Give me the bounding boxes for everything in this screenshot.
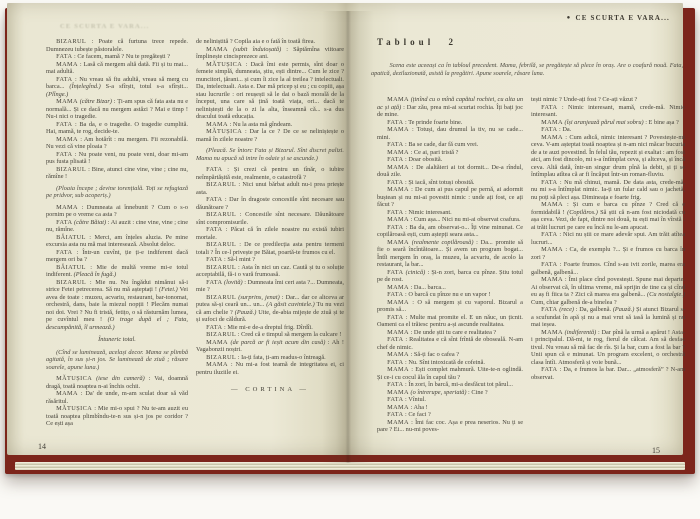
running-header-text: CE SCURTA E VARA... bbox=[575, 14, 670, 22]
dialogue-line: FATA : Da, e frumos la bar. Dar... „atmo… bbox=[531, 366, 685, 381]
speaker-name: BIZARUL bbox=[206, 241, 236, 248]
speaker-name: MĂTUȘICA bbox=[206, 61, 242, 68]
dialogue-line: FATA : Vîntul. bbox=[377, 396, 523, 404]
speaker-name: FATA bbox=[206, 279, 222, 286]
speaker-name: MAMA bbox=[387, 164, 409, 171]
stage-note: (rece) bbox=[557, 306, 574, 313]
stage-note: (către Bizar) bbox=[78, 98, 112, 105]
dialogue-line: MAMA : Am hotărît : nu mergem. Fii rezon… bbox=[46, 136, 188, 151]
dialogue-line: MAMA : Și cum e barca cu pînze ? Cred că… bbox=[531, 201, 685, 231]
dialogue-line: MAMA (își aranjează părul mai sobru) : E… bbox=[531, 119, 685, 127]
dialogue-line: MAMA : Da... barca... bbox=[377, 284, 523, 292]
right-page-column-1: MAMA (ținînd cu o mînă capătul rochiei, … bbox=[377, 96, 523, 458]
inline-stage-note: (A găsit cuvintele.) bbox=[266, 301, 314, 308]
dialogue-line: FATA : O barcă cu pînze nu e un vapor ! bbox=[377, 291, 523, 299]
dialogue-line: MAMA : Cum așa... Nici nu mi-ai observat… bbox=[377, 216, 523, 224]
left-page-column-2: de neliniștită ? Copila aia e o fată în … bbox=[196, 38, 344, 446]
speaker-name: MAMA bbox=[387, 216, 409, 223]
dialogue-line: FATA : Nici nu știi ce mare adevăr spui.… bbox=[531, 231, 685, 246]
dialogue-line: BIZARUL : Ia-ți fata, ți-am readus-o înt… bbox=[196, 354, 344, 362]
running-header: ●CE SCURTA E VARA... bbox=[470, 14, 670, 22]
speaker-name: FATA bbox=[387, 156, 403, 163]
speaker-name: FATA bbox=[541, 231, 557, 238]
inline-stage-note: (Pleacă în fugă.) bbox=[74, 271, 117, 278]
speaker-name: FATA bbox=[541, 306, 557, 313]
dialogue-line: MAMA : Cum adică, nimic interesant ? Pov… bbox=[531, 134, 685, 179]
stage-note: (își aranjează părul mai sobru) bbox=[563, 119, 644, 126]
speaker-name: MAMA bbox=[541, 134, 563, 141]
speaker-name: BIZARUL bbox=[206, 264, 236, 271]
speaker-name: MAMA bbox=[206, 121, 228, 128]
speaker-name: FATA bbox=[387, 359, 403, 366]
page-number-left: 14 bbox=[38, 442, 46, 451]
dialogue-line: MĂTUȘICA (iese din cameră) : Vai, doamnă… bbox=[46, 375, 188, 390]
speaker-name: FATA bbox=[56, 53, 72, 60]
page-content: CE SCURTA E VARA... ●CE SCURTA E VARA...… bbox=[0, 0, 700, 519]
dialogue-line: FATA : Nu. Sînt intoxicată de cofeină. bbox=[377, 359, 523, 367]
dialogue-line: FATA (cinică) : Și-n zori, barca cu pînz… bbox=[377, 269, 523, 284]
dialogue-line: MAMA : De unde știi tu care e realitatea… bbox=[377, 329, 523, 337]
right-page-column-2: tești nimic ? Unde-ați fost ? Ce-ați văz… bbox=[531, 96, 685, 458]
dialogue-line: MAMA : Ești complet mahmură. Uite-te-n o… bbox=[377, 366, 523, 381]
stage-note: (subit înduioșată) bbox=[228, 46, 281, 53]
speaker-name: FATA bbox=[56, 121, 72, 128]
stage-note: (iese din cameră) bbox=[92, 375, 145, 382]
speaker-name: MAMA bbox=[541, 119, 563, 126]
dialogue-line: BIZARUL : Concesiile sînt necesare. Dăun… bbox=[196, 211, 344, 226]
dialogue-line: MAMA : De cum ai pus capul pe pernă, ai … bbox=[377, 186, 523, 209]
dialogue-line: FATA : Nimic interesant. bbox=[377, 209, 523, 217]
speaker-name: MAMA bbox=[541, 276, 563, 283]
dialogue-line: MAMA : O să mergem și cu vaporul. Bizaru… bbox=[377, 299, 523, 314]
bullet-icon: ● bbox=[567, 15, 572, 21]
dialogue-line: FATA (lovită) : Dumneata îmi ceri asta ?… bbox=[196, 279, 344, 294]
speaker-name: FATA bbox=[206, 196, 222, 203]
dialogue-line: FATA : Nu mă chinui, mamă. De data asta,… bbox=[531, 179, 685, 202]
dialogue-line: MAMA : Aha ! bbox=[377, 404, 523, 412]
dialogue-line: MAMA : Ce ai, pari tristă ? bbox=[377, 149, 523, 157]
dialogue-line: FATA : Multe mai promite el. E un năuc, … bbox=[377, 314, 523, 329]
section-title: Tabloul 2 bbox=[377, 37, 457, 47]
stage-note: (de parcă ar fi ieșit acum din casă) bbox=[228, 339, 325, 346]
dialogue-line: FATA : Realitatea e că sînt frîntă de ob… bbox=[377, 336, 523, 351]
speaker-name: BIZARUL bbox=[56, 279, 86, 286]
dialogue-line: FATA : Păcat că în zilele noastre nu exi… bbox=[196, 226, 344, 241]
speaker-name: FATA bbox=[387, 269, 403, 276]
inline-stage-note: (Cînd se luminează, același decor. Mama … bbox=[46, 349, 188, 371]
inline-stage-note: (Pauză.) bbox=[613, 306, 635, 313]
dialogue-line: MAMA : Nu mi-a fost teamă de integritate… bbox=[196, 361, 344, 376]
dialogue-line: BĂIATUL : Mie de multă vreme mi-e totul … bbox=[46, 264, 188, 279]
speaker-name: FATA bbox=[541, 179, 557, 186]
dialogue-line: FATA : Mie mi-e de-a dreptul frig. Dîrdî… bbox=[196, 324, 344, 332]
inline-stage-note: (Plînge.) bbox=[46, 91, 68, 98]
curtain-line: — CORTINA — bbox=[196, 386, 344, 394]
book-photo: CE SCURTA E VARA... ●CE SCURTA E VARA...… bbox=[0, 0, 700, 519]
speaker-name: MAMA bbox=[387, 404, 409, 411]
speaker-name: FATA bbox=[206, 256, 222, 263]
centered-line: Întuneric total. bbox=[46, 336, 188, 344]
speaker-name: MAMA bbox=[387, 284, 409, 291]
inline-stage-note: (O trage după el ; Fata, descumpănită, î… bbox=[46, 316, 188, 331]
speaker-name: BĂIATUL bbox=[56, 234, 86, 241]
dialogue-line: FATA : Să-l mint ? bbox=[196, 256, 344, 264]
speaker-name: BIZARUL bbox=[56, 166, 86, 173]
speaker-name: MAMA bbox=[387, 96, 409, 103]
dialogue-line: FATA : Nu vreau să fiu adultă, vreau să … bbox=[46, 76, 188, 99]
stage-direction: (Cînd se luminează, același decor. Mama … bbox=[46, 349, 188, 372]
speaker-name: MAMA bbox=[387, 186, 409, 193]
dialogue-line: MAMA : Îmi fac coc. Așa e prea neserios.… bbox=[377, 419, 523, 434]
speaker-name: MĂTUȘICA bbox=[206, 128, 242, 135]
left-page-ghost-header: CE SCURTA E VARA... bbox=[60, 23, 220, 30]
dialogue-line: BĂIATUL : Merci, am înțeles aluzia. Pe m… bbox=[46, 234, 188, 249]
dialogue-line: MĂTUȘICA : Dacă îmi este permis, sînt do… bbox=[196, 61, 344, 121]
dialogue-line: FATA : Ba da, e o tragedie. O tragedie c… bbox=[46, 121, 188, 136]
dialogue-line: FATA (către Băiat) : Ai auzit : cine vin… bbox=[46, 219, 188, 234]
dialogue-line: FATA : Te prinde foarte bine. bbox=[377, 119, 523, 127]
inline-stage-note: (Fetei.) bbox=[159, 286, 178, 293]
dialogue-line: FATA : În zori, în barcă, mi-a desfăcut … bbox=[377, 381, 523, 389]
speaker-name: FATA bbox=[206, 226, 222, 233]
left-page-column-1: BIZARUL : Poate că furtuna trece repede.… bbox=[46, 38, 188, 446]
stage-note: (o întrerupe, speriată) bbox=[409, 389, 466, 396]
dialogue-line: FATA : Foarte frumos. Cînd s-au ivit zor… bbox=[531, 261, 685, 276]
speaker-name: FATA bbox=[387, 381, 403, 388]
speaker-name: MAMA bbox=[56, 61, 78, 68]
dialogue-line: MAMA : Totuși, dau drumul la tiv, nu se … bbox=[377, 126, 523, 141]
speaker-name: BIZARUL bbox=[206, 331, 236, 338]
dialogue-line: MAMA (de parcă ar fi ieșit acum din casă… bbox=[196, 339, 344, 354]
dialogue-line: MAMA (subit înduioșată) : Săptămîna viit… bbox=[196, 46, 344, 61]
dialogue-line: MĂTUȘICA : Mie mi-o spui ? Nu te-am auzi… bbox=[46, 405, 188, 428]
speaker-name: BĂIATUL bbox=[56, 264, 86, 271]
inline-stage-note: (Ploaia începe ; devine torențială. Toți… bbox=[46, 185, 188, 200]
dialogue-line: MAMA (către Bizar) : Ți-am spus că fata … bbox=[46, 98, 188, 121]
speaker-name: FATA bbox=[541, 261, 557, 268]
inline-stage-note: (Copilăros.) bbox=[567, 209, 598, 216]
speaker-name: MAMA bbox=[56, 204, 78, 211]
dialogue-line: MAMA : Da' de unde, m-am sculat doar să … bbox=[46, 390, 188, 405]
stage-note: (surprins, jenat) bbox=[236, 294, 280, 301]
dialogue-line: MAMA : Nu la asta mă gîndeam. bbox=[196, 121, 344, 129]
speaker-name: BIZARUL bbox=[206, 354, 236, 361]
speaker-name: FATA bbox=[206, 324, 222, 331]
speaker-name: MAMA bbox=[541, 329, 563, 336]
speaker-name: MĂTUȘICA bbox=[56, 405, 92, 412]
speaker-name: MAMA bbox=[387, 329, 409, 336]
speaker-name: BIZARUL bbox=[56, 38, 86, 45]
stage-note: (realmente copilăroasă) bbox=[409, 239, 473, 246]
speaker-name: FATA bbox=[387, 314, 403, 321]
stage-direction: (Pleacă. Se întorc Fata și Bizarul. Sînt… bbox=[196, 147, 344, 162]
speaker-name: MAMA bbox=[387, 366, 409, 373]
dialogue-line: FATA : Ce facem, mamă ? Nu te pregătești… bbox=[46, 53, 188, 61]
speaker-name: MAMA bbox=[56, 136, 78, 143]
speaker-name: MAMA bbox=[387, 419, 409, 426]
speaker-name: FATA bbox=[541, 126, 557, 133]
dialogue-line: MAMA : Să-ți fac o cafea ? bbox=[377, 351, 523, 359]
speaker-name: MAMA bbox=[387, 351, 409, 358]
dialogue-line: MAMA : Îmi place cînd povestești. Spune … bbox=[531, 276, 685, 306]
dialogue-line: BIZARUL : Asta în nici un caz. Caută și … bbox=[196, 264, 344, 279]
dialogue-line: BIZARUL : Bine, atunci cine vine, vine ;… bbox=[46, 166, 188, 181]
dialogue-line: MAMA : Lasă că mergem altă dată. Fii și … bbox=[46, 61, 188, 76]
dialogue-continuation: tești nimic ? Unde-ați fost ? Ce-ați văz… bbox=[531, 96, 685, 104]
speaker-name: FATA bbox=[387, 119, 403, 126]
speaker-name: FATA bbox=[56, 76, 72, 83]
stage-note: (către Băiat) bbox=[72, 219, 106, 226]
speaker-name: MAMA bbox=[56, 390, 78, 397]
page-number-right: 15 bbox=[652, 446, 660, 455]
stage-note: (lovită) bbox=[222, 279, 242, 286]
inline-stage-note: (Pauză.) bbox=[235, 309, 257, 316]
speaker-name: MAMA bbox=[541, 201, 563, 208]
speaker-name: FATA bbox=[541, 104, 557, 111]
dialogue-line: FATA : Ba da, am observat-o... Îți vine … bbox=[377, 224, 523, 239]
inline-stage-note: (Pleacă. Se întorc Fata și Bizarul. Sînt… bbox=[196, 147, 344, 162]
speaker-name: MAMA bbox=[387, 239, 409, 246]
dialogue-continuation: de neliniștită ? Copila aia e o fată în … bbox=[196, 38, 344, 46]
speaker-name: FATA bbox=[387, 336, 403, 343]
dialogue-line: FATA : Da. bbox=[531, 126, 685, 134]
speaker-name: MAMA bbox=[387, 149, 409, 156]
inline-stage-note: (Înțelegînd.) bbox=[69, 83, 100, 90]
dialogue-line: FATA : Și crezi că pentru un tînăr, o iu… bbox=[196, 166, 344, 181]
speaker-name: FATA bbox=[387, 179, 403, 186]
stage-note: (indiferentă) bbox=[563, 329, 596, 336]
speaker-name: MAMA bbox=[56, 98, 78, 105]
dialogue-line: FATA : Nu poate veni, nu poate veni, doa… bbox=[46, 151, 188, 166]
speaker-name: FATA bbox=[387, 411, 403, 418]
dialogue-line: BIZARUL : Cred că e timpul să mergem la … bbox=[196, 331, 344, 339]
dialogue-line: MAMA : De alaltăieri ai tot dormit... De… bbox=[377, 164, 523, 179]
speaker-name: MAMA bbox=[387, 299, 409, 306]
dialogue-line: FATA : Și iacă, sînt totuși obosită. bbox=[377, 179, 523, 187]
dialogue-line: FATA : Nimic interesant, mamă, crede-mă.… bbox=[531, 104, 685, 119]
speaker-name: MAMA bbox=[206, 339, 228, 346]
dialogue-line: BIZARUL : Poate că furtuna trece repede.… bbox=[46, 38, 188, 53]
stage-direction: (Ploaia începe ; devine torențială. Toți… bbox=[46, 185, 188, 200]
speaker-name: MAMA bbox=[541, 246, 563, 253]
stage-note: (cinică) bbox=[403, 269, 425, 276]
dialogue-line: FATA : Ce faci ? bbox=[377, 411, 523, 419]
dialogue-line: MAMA (indiferentă) : Dar pînă la urmă a … bbox=[531, 329, 685, 367]
speaker-name: FATA bbox=[387, 141, 403, 148]
speaker-name: BIZARUL bbox=[206, 294, 236, 301]
speaker-name: MAMA bbox=[387, 389, 409, 396]
speaker-name: MAMA bbox=[387, 126, 409, 133]
speaker-name: MAMA bbox=[206, 361, 228, 368]
speaker-name: FATA bbox=[56, 249, 72, 256]
dialogue-line: MAMA : Ca, de exemplu ?... Și e frumos c… bbox=[531, 246, 685, 261]
dialogue-line: BIZARUL (surprins, jenat) : Dar... dar c… bbox=[196, 294, 344, 324]
dialogue-line: BIZARUL : Nici unui bărbat adult nu-i pr… bbox=[196, 181, 344, 196]
speaker-name: BIZARUL bbox=[206, 181, 236, 188]
inline-stage-note: (Cu nostalgie.) bbox=[647, 291, 685, 298]
speaker-name: FATA bbox=[206, 166, 222, 173]
dialogue-line: MAMA (realmente copilăroasă) : Da... pro… bbox=[377, 239, 523, 269]
speaker-name: FATA bbox=[541, 366, 557, 373]
speaker-name: FATA bbox=[387, 396, 403, 403]
scene-description: Scena este aceeași ca în tabloul precede… bbox=[371, 62, 683, 77]
dialogue-line: FATA : Ba se cade, dar fă cum vrei. bbox=[377, 141, 523, 149]
dialogue-line: MAMA (ținînd cu o mînă capătul rochiei, … bbox=[377, 96, 523, 119]
dialogue-line: MAMA : Dumneata ai înnebunit ? Cum o s-o… bbox=[46, 204, 188, 219]
speaker-name: MĂTUȘICA bbox=[56, 375, 92, 382]
dialogue-line: MĂTUȘICA : Dar la ce ? De ce se nelinișt… bbox=[196, 128, 344, 143]
dialogue-line: BIZARUL : Mie nu. Nu îngădui nimănui să-… bbox=[46, 279, 188, 332]
dialogue-line: FATA : Într-un cuvînt, ție ți-e indifere… bbox=[46, 249, 188, 264]
speaker-name: MAMA bbox=[206, 46, 228, 53]
dialogue-line: BIZARUL : De ce predilecția asta pentru … bbox=[196, 241, 344, 256]
speaker-name: FATA bbox=[387, 224, 403, 231]
speaker-name: FATA bbox=[56, 151, 72, 158]
speaker-name: FATA bbox=[387, 291, 403, 298]
dialogue-line: MAMA (o întrerupe, speriată) : Cine ? bbox=[377, 389, 523, 397]
speaker-name: BIZARUL bbox=[206, 211, 236, 218]
dialogue-line: FATA : Dar în dragoste concesiile sînt n… bbox=[196, 196, 344, 211]
dialogue-line: FATA (rece) : Da, galbenă. (Pauză.) Și a… bbox=[531, 306, 685, 329]
dialogue-line: FATA : Doar obosită. bbox=[377, 156, 523, 164]
speaker-name: FATA bbox=[387, 209, 403, 216]
speaker-name: FATA bbox=[56, 219, 72, 226]
